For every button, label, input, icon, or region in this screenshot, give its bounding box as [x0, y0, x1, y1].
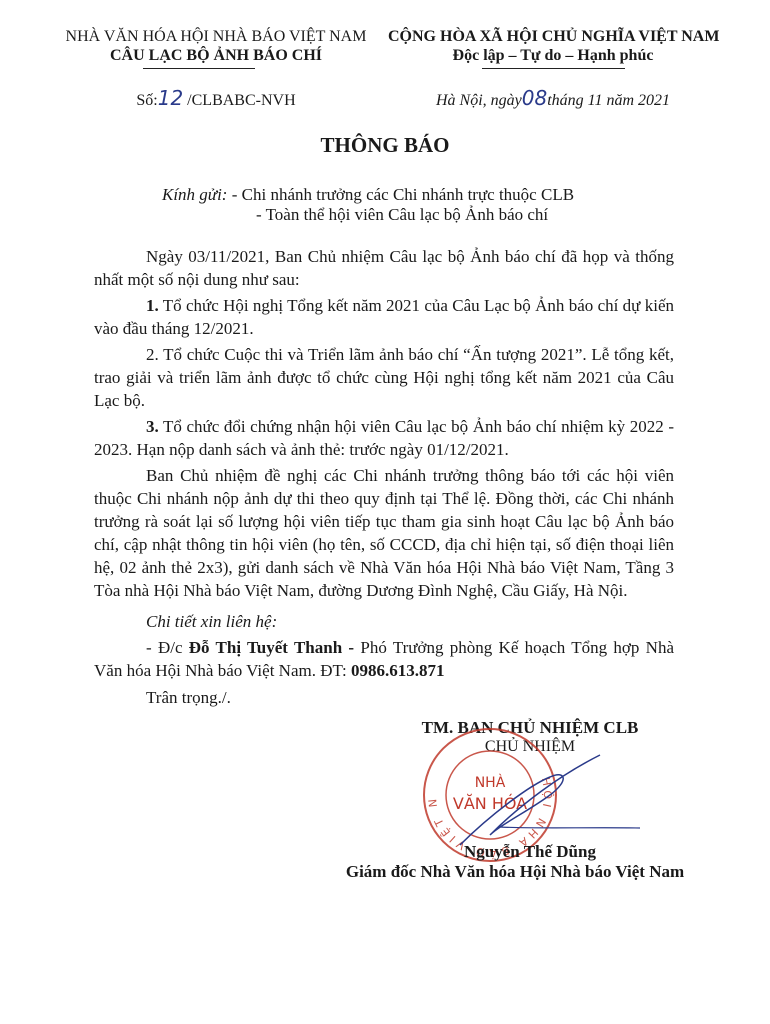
date-suffix: tháng 11 năm 2021 — [547, 92, 670, 109]
date-prefix: Hà Nội, ngày — [436, 92, 522, 109]
motto: Độc lập – Tự do – Hạnh phúc — [388, 47, 718, 65]
recipients: Kính gửi: - Chi nhánh trưởng các Chi nhá… — [162, 184, 574, 205]
document-title: THÔNG BÁO — [0, 133, 770, 158]
contact-label: Chi tiết xin liên hệ: — [94, 610, 674, 633]
closing: Trân trọng./. — [94, 686, 674, 709]
org-underline — [143, 68, 255, 69]
contact-paragraph: - Đ/c Đỗ Thị Tuyết Thanh - Phó Trưởng ph… — [94, 636, 674, 682]
intro-paragraph: Ngày 03/11/2021, Ban Chủ nhiệm Câu lạc b… — [94, 245, 674, 291]
item-text: Tổ chức Hội nghị Tổng kết năm 2021 của C… — [94, 296, 674, 338]
date-day-handwritten: 08 — [522, 86, 547, 110]
recipients-label: Kính gửi: — [162, 185, 227, 204]
item-number: 2. — [146, 345, 159, 364]
contact-phone: 0986.613.871 — [351, 661, 445, 680]
org-parent: NHÀ VĂN HÓA HỘI NHÀ BÁO VIỆT NAM — [48, 28, 384, 46]
item-text: Tổ chức đổi chứng nhận hội viên Câu lạc … — [94, 417, 674, 459]
org-name-text: CÂU LẠC BỘ ẢNH BÁO CHÍ — [110, 47, 322, 64]
item-text: Tổ chức Cuộc thi và Triển lãm ảnh báo ch… — [94, 345, 674, 410]
document-number: Số:12 /CLBABC-NVH — [48, 86, 384, 110]
number-label: Số: — [136, 92, 157, 109]
signer-title: Giám đốc Nhà Văn hóa Hội Nhà báo Việt Na… — [330, 862, 700, 882]
handwritten-signature — [430, 745, 650, 855]
request-paragraph: Ban Chủ nhiệm đề nghị các Chi nhánh trưở… — [94, 464, 674, 602]
org-name: CÂU LẠC BỘ ẢNH BÁO CHÍ — [48, 47, 384, 65]
number-handwritten: 12 — [158, 86, 183, 110]
item-2: 2. Tổ chức Cuộc thi và Triển lãm ảnh báo… — [94, 343, 674, 412]
country-name: CỘNG HÒA XÃ HỘI CHỦ NGHĨA VIỆT NAM — [388, 28, 718, 46]
contact-prefix: - Đ/c — [146, 638, 189, 657]
item-number: 1. — [146, 296, 159, 315]
item-number: 3. — [146, 417, 159, 436]
contact-name: Đỗ Thị Tuyết Thanh - — [189, 638, 354, 657]
motto-underline — [482, 68, 625, 69]
item-3: 3. Tổ chức đổi chứng nhận hội viên Câu l… — [94, 415, 674, 461]
recipient-item: - Chi nhánh trưởng các Chi nhánh trực th… — [232, 185, 574, 204]
recipient-item: - Toàn thể hội viên Câu lạc bộ Ảnh báo c… — [256, 205, 548, 225]
document-date: Hà Nội, ngày08tháng 11 năm 2021 — [388, 86, 718, 110]
item-1: 1. Tổ chức Hội nghị Tổng kết năm 2021 củ… — [94, 294, 674, 340]
number-suffix: /CLBABC-NVH — [187, 92, 295, 109]
signer-name: Nguyễn Thế Dũng — [390, 842, 670, 862]
